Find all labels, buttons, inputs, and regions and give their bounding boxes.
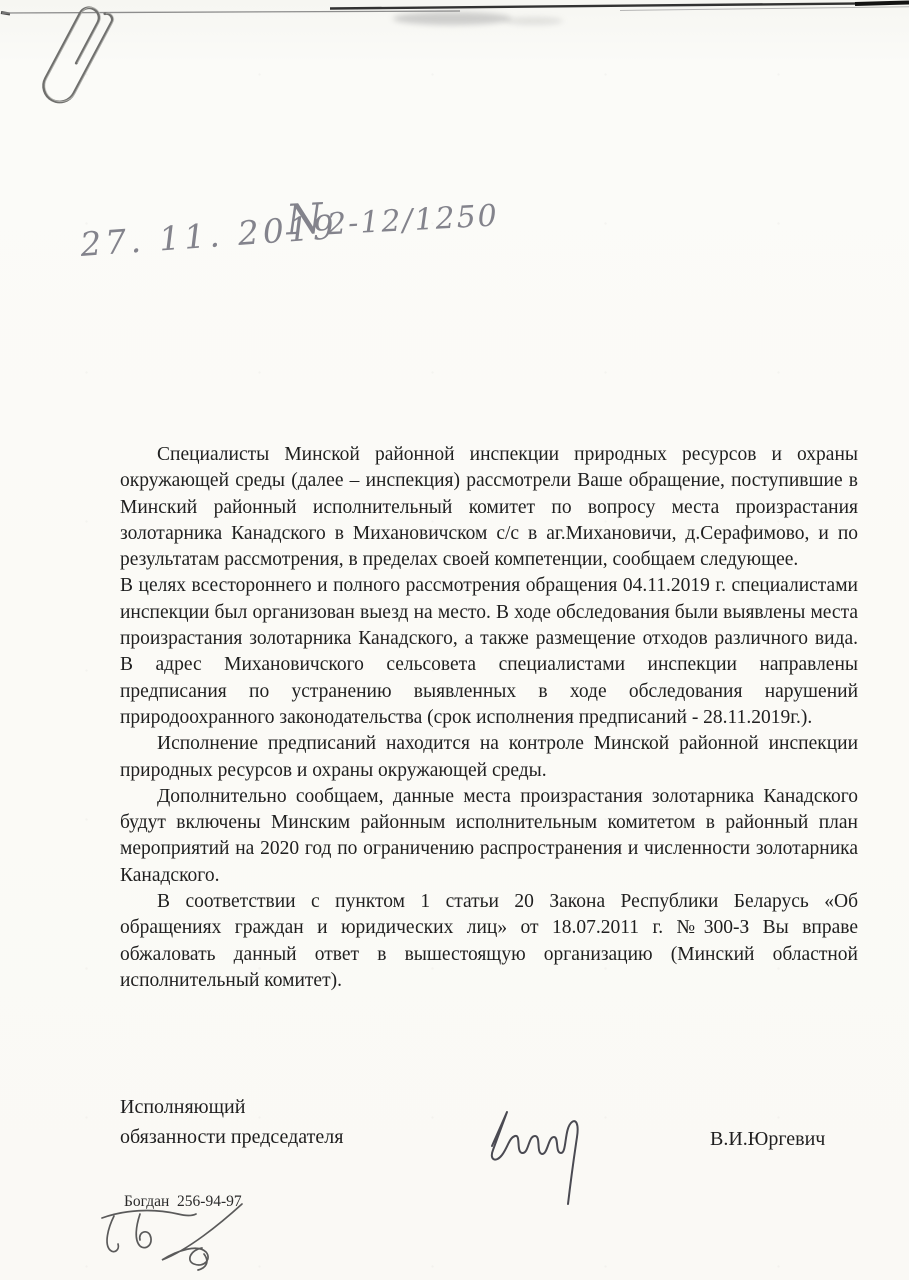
scanned-letter-page: 27. 11. 2019 N2-12/1250 Специалисты Минс… (0, 0, 909, 1280)
paragraph: В целях всестороннего и полного рассмотр… (120, 573, 858, 731)
paragraph: Исполнение предписаний находится на конт… (120, 731, 858, 784)
number-sign: N (285, 194, 326, 245)
paragraph: Дополнительно сообщаем, данные места про… (120, 784, 858, 889)
paragraph: Специалисты Минской районной инспекции п… (120, 442, 858, 573)
number-value: 2-12/1250 (326, 198, 499, 242)
letter-body: Специалисты Минской районной инспекции п… (120, 442, 858, 994)
signature-icon (480, 1100, 590, 1212)
paperclip-icon (28, 4, 188, 139)
executor-initials-icon (74, 1202, 259, 1274)
signer-title-line1: Исполняющий (120, 1092, 343, 1122)
signer-name: В.И.Юргевич (710, 1128, 825, 1151)
scan-smudge (505, 17, 563, 25)
signer-title: Исполняющий обязанности председателя (120, 1092, 343, 1152)
paragraph: В соответствии с пунктом 1 статьи 20 Зак… (120, 889, 858, 994)
signer-title-line2: обязанности председателя (120, 1122, 343, 1152)
handwritten-number: N2-12/1250 (285, 186, 500, 246)
scan-smudge (393, 12, 511, 25)
